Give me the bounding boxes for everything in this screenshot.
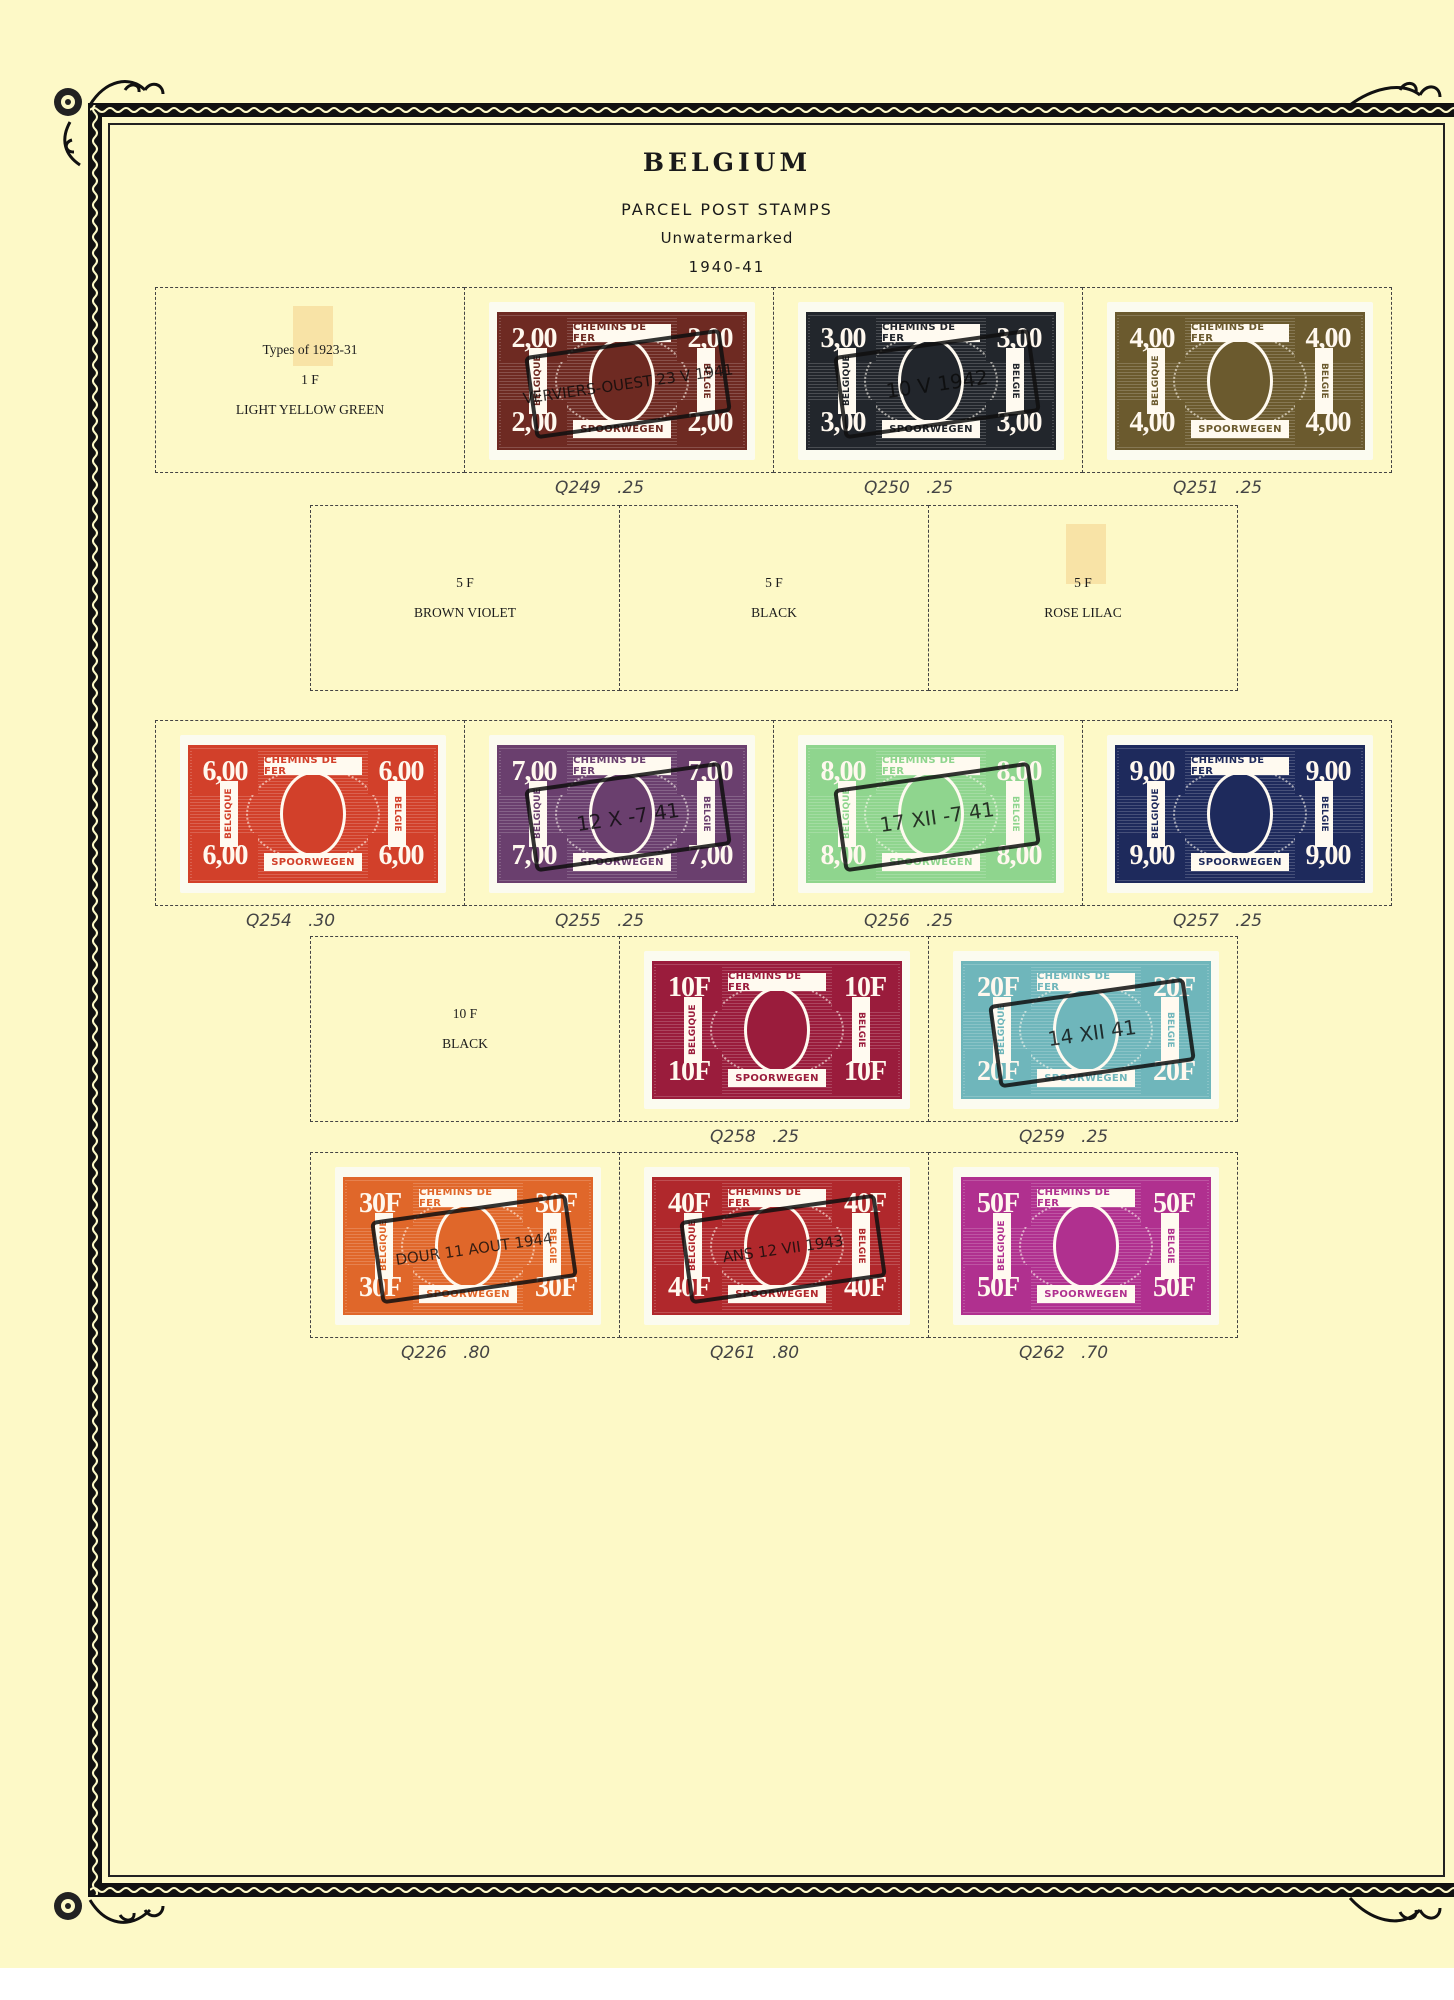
album-row: 5 FBROWN VIOLET5 FBLACK5 FROSE LILAC — [310, 505, 1238, 691]
issue-years: 1940-41 — [0, 258, 1454, 276]
catalog-number: Q261 — [710, 1343, 756, 1363]
stamp-label-right: BELGIE — [1315, 348, 1333, 414]
album-row: 10 FBLACK 10F 10F 10F 10F CHEMINS DE FER… — [310, 936, 1238, 1122]
catalog-number: Q256 — [864, 911, 910, 931]
catalog-number: Q257 — [1173, 911, 1219, 931]
empty-stamp-space: Types of 1923-311 FLIGHT YELLOW GREEN — [155, 287, 465, 473]
empty-stamp-space: 5 FBROWN VIOLET — [310, 505, 620, 691]
coat-of-arms-icon — [1053, 1203, 1119, 1289]
stamp-space: 7,00 7,00 7,00 7,00 CHEMINS DE FER SPOOR… — [464, 720, 774, 906]
catalog-note: Q255 .25 — [555, 911, 644, 931]
description-line: Types of 1923-31 — [156, 335, 464, 365]
stamp-space: 20F 20F 20F 20F CHEMINS DE FER SPOORWEGE… — [928, 936, 1238, 1122]
catalog-price: .80 — [463, 1343, 490, 1363]
stamp-label-left: BELGIQUE — [220, 781, 238, 847]
catalog-note: Q256 .25 — [864, 911, 953, 931]
stamp-label-bottom: SPOORWEGEN — [1191, 420, 1289, 438]
stamp-design: 4,00 4,00 4,00 4,00 CHEMINS DE FER SPOOR… — [1115, 312, 1365, 450]
empty-stamp-space: 5 FBLACK — [619, 505, 929, 691]
stamp-design: 9,00 9,00 9,00 9,00 CHEMINS DE FER SPOOR… — [1115, 745, 1365, 883]
catalog-number: Q258 — [710, 1127, 756, 1147]
stamp-design: 6,00 6,00 6,00 6,00 CHEMINS DE FER SPOOR… — [188, 745, 438, 883]
stamp-label-bottom: SPOORWEGEN — [1037, 1285, 1135, 1303]
stamp[interactable]: 6,00 6,00 6,00 6,00 CHEMINS DE FER SPOOR… — [180, 735, 446, 893]
catalog-number: Q226 — [401, 1343, 447, 1363]
catalog-note: Q254 .30 — [246, 911, 335, 931]
description-line: 1 F — [156, 365, 464, 395]
stamp-space: 10F 10F 10F 10F CHEMINS DE FER SPOORWEGE… — [619, 936, 929, 1122]
stamp[interactable]: 3,00 3,00 3,00 3,00 CHEMINS DE FER SPOOR… — [798, 302, 1064, 460]
catalog-price: .80 — [772, 1343, 799, 1363]
description-line: BLACK — [311, 1029, 619, 1059]
stamp-label-top: CHEMINS DE FER — [1037, 1189, 1135, 1207]
album-row: 6,00 6,00 6,00 6,00 CHEMINS DE FER SPOOR… — [155, 720, 1392, 906]
catalog-note: Q257 .25 — [1173, 911, 1262, 931]
stamp[interactable]: 20F 20F 20F 20F CHEMINS DE FER SPOORWEGE… — [953, 951, 1219, 1109]
watermark-note: Unwatermarked — [0, 229, 1454, 247]
corner-ornament-bottom-left-icon — [50, 1880, 180, 1940]
stamp-label-top: CHEMINS DE FER — [264, 757, 362, 775]
corner-ornament-bottom-right-icon — [1340, 1890, 1454, 1940]
stamp-label-bottom: SPOORWEGEN — [728, 1069, 826, 1087]
catalog-number: Q251 — [1173, 478, 1219, 498]
catalog-note: Q250 .25 — [864, 478, 953, 498]
stamp-label-top: CHEMINS DE FER — [728, 973, 826, 991]
coat-of-arms-icon — [744, 987, 810, 1073]
border-wave-bottom — [90, 1885, 1454, 1895]
stamp[interactable]: 2,00 2,00 2,00 2,00 CHEMINS DE FER SPOOR… — [489, 302, 755, 460]
stamp-label-right: BELGIE — [1161, 1213, 1179, 1279]
stamp-space: 30F 30F 30F 30F CHEMINS DE FER SPOORWEGE… — [310, 1152, 620, 1338]
album-row: Types of 1923-311 FLIGHT YELLOW GREEN 2,… — [155, 287, 1392, 473]
catalog-price: .25 — [1235, 911, 1262, 931]
catalog-price: .25 — [926, 478, 953, 498]
stamp-label-top: CHEMINS DE FER — [1191, 324, 1289, 342]
catalog-number: Q255 — [555, 911, 601, 931]
stamp[interactable]: 9,00 9,00 9,00 9,00 CHEMINS DE FER SPOOR… — [1107, 735, 1373, 893]
catalog-number: Q259 — [1019, 1127, 1065, 1147]
catalog-number: Q249 — [555, 478, 601, 498]
stamp-space: 9,00 9,00 9,00 9,00 CHEMINS DE FER SPOOR… — [1082, 720, 1392, 906]
stamp-space: 2,00 2,00 2,00 2,00 CHEMINS DE FER SPOOR… — [464, 287, 774, 473]
description-line: 5 F — [929, 568, 1237, 598]
catalog-note: Q259 .25 — [1019, 1127, 1108, 1147]
space-description: Types of 1923-311 FLIGHT YELLOW GREEN — [156, 335, 464, 425]
stamp-space: 40F 40F 40F 40F CHEMINS DE FER SPOORWEGE… — [619, 1152, 929, 1338]
coat-of-arms-icon — [280, 771, 346, 857]
catalog-number: Q262 — [1019, 1343, 1065, 1363]
stamp-space: 6,00 6,00 6,00 6,00 CHEMINS DE FER SPOOR… — [155, 720, 465, 906]
catalog-price: .25 — [772, 1127, 799, 1147]
stamp-space: 3,00 3,00 3,00 3,00 CHEMINS DE FER SPOOR… — [773, 287, 1083, 473]
catalog-price: .30 — [308, 911, 335, 931]
catalog-note: Q226 .80 — [401, 1343, 490, 1363]
stamp-space: 4,00 4,00 4,00 4,00 CHEMINS DE FER SPOOR… — [1082, 287, 1392, 473]
stamp-label-top: CHEMINS DE FER — [1191, 757, 1289, 775]
stamp-label-left: BELGIQUE — [1147, 781, 1165, 847]
catalog-price: .70 — [1081, 1343, 1108, 1363]
stamp-label-right: BELGIE — [852, 997, 870, 1063]
stamp-design: 10F 10F 10F 10F CHEMINS DE FER SPOORWEGE… — [652, 961, 902, 1099]
description-line: LIGHT YELLOW GREEN — [156, 395, 464, 425]
catalog-note: Q251 .25 — [1173, 478, 1262, 498]
page-title: BELGIUM — [0, 148, 1454, 177]
stamp-label-left: BELGIQUE — [993, 1213, 1011, 1279]
catalog-price: .25 — [1081, 1127, 1108, 1147]
stamp-label-left: BELGIQUE — [1147, 348, 1165, 414]
description-line: BLACK — [620, 598, 928, 628]
stamp-space: 50F 50F 50F 50F CHEMINS DE FER SPOORWEGE… — [928, 1152, 1238, 1338]
space-description: 5 FBLACK — [620, 568, 928, 628]
catalog-price: .25 — [617, 911, 644, 931]
empty-stamp-space: 5 FROSE LILAC — [928, 505, 1238, 691]
catalog-note: Q262 .70 — [1019, 1343, 1108, 1363]
space-description: 5 FROSE LILAC — [929, 568, 1237, 628]
album-row: 30F 30F 30F 30F CHEMINS DE FER SPOORWEGE… — [310, 1152, 1238, 1338]
description-line: 5 F — [311, 568, 619, 598]
stamp[interactable]: 50F 50F 50F 50F CHEMINS DE FER SPOORWEGE… — [953, 1167, 1219, 1325]
catalog-note: Q258 .25 — [710, 1127, 799, 1147]
stamp-label-bottom: SPOORWEGEN — [264, 853, 362, 871]
description-line: BROWN VIOLET — [311, 598, 619, 628]
stamp[interactable]: 30F 30F 30F 30F CHEMINS DE FER SPOORWEGE… — [335, 1167, 601, 1325]
stamp-label-right: BELGIE — [388, 781, 406, 847]
catalog-number: Q250 — [864, 478, 910, 498]
catalog-number: Q254 — [246, 911, 292, 931]
stamp[interactable]: 8,00 8,00 8,00 8,00 CHEMINS DE FER SPOOR… — [798, 735, 1064, 893]
catalog-price: .25 — [1235, 478, 1262, 498]
stamp[interactable]: 7,00 7,00 7,00 7,00 CHEMINS DE FER SPOOR… — [489, 735, 755, 893]
stamp-label-bottom: SPOORWEGEN — [1191, 853, 1289, 871]
catalog-price: .25 — [926, 911, 953, 931]
catalog-note: Q261 .80 — [710, 1343, 799, 1363]
section-title: PARCEL POST STAMPS — [0, 200, 1454, 219]
stamp-design: 50F 50F 50F 50F CHEMINS DE FER SPOORWEGE… — [961, 1177, 1211, 1315]
corner-ornament-top-right-icon — [1340, 60, 1454, 120]
description-line: ROSE LILAC — [929, 598, 1237, 628]
border-wave-left — [90, 105, 100, 1895]
stamp-space: 8,00 8,00 8,00 8,00 CHEMINS DE FER SPOOR… — [773, 720, 1083, 906]
coat-of-arms-icon — [1207, 338, 1273, 424]
space-description: 5 FBROWN VIOLET — [311, 568, 619, 628]
border-wave-top — [90, 105, 1454, 115]
stamp-label-right: BELGIE — [1315, 781, 1333, 847]
description-line: 10 F — [311, 999, 619, 1029]
stamp[interactable]: 10F 10F 10F 10F CHEMINS DE FER SPOORWEGE… — [644, 951, 910, 1109]
description-line: 5 F — [620, 568, 928, 598]
catalog-note: Q249 .25 — [555, 478, 644, 498]
stamp[interactable]: 40F 40F 40F 40F CHEMINS DE FER SPOORWEGE… — [644, 1167, 910, 1325]
space-description: 10 FBLACK — [311, 999, 619, 1059]
stamp-label-left: BELGIQUE — [684, 997, 702, 1063]
stamp[interactable]: 4,00 4,00 4,00 4,00 CHEMINS DE FER SPOOR… — [1107, 302, 1373, 460]
catalog-price: .25 — [617, 478, 644, 498]
empty-stamp-space: 10 FBLACK — [310, 936, 620, 1122]
coat-of-arms-icon — [1207, 771, 1273, 857]
